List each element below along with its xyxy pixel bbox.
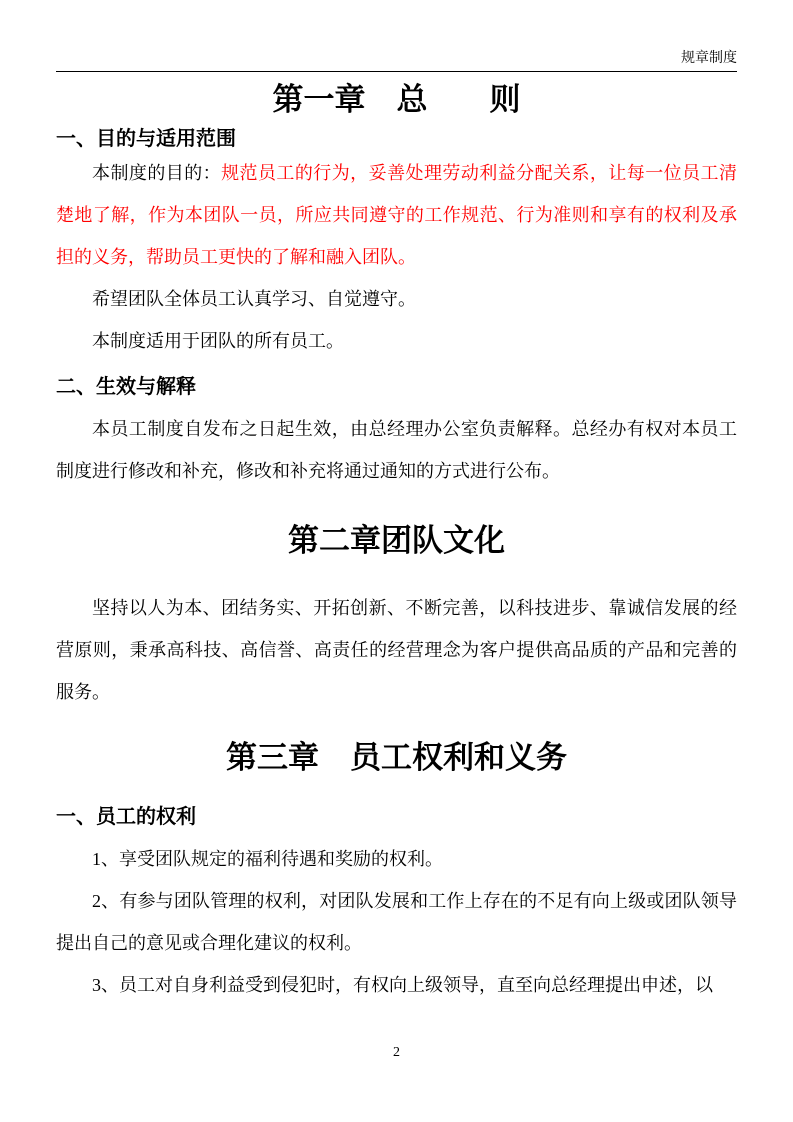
section-heading-employee-rights: 一、员工的权利 xyxy=(56,804,737,830)
para-effect: 本员工制度自发布之日起生效，由总经理办公室负责解释。总经办有权对本员工制度进行修… xyxy=(56,408,737,492)
para-hope: 希望团队全体员工认真学习、自觉遵守。 xyxy=(56,278,737,320)
page-header: 规章制度 xyxy=(56,50,737,72)
purpose-prefix-text: 本制度的目的： xyxy=(92,163,221,183)
para-applies: 本制度适用于团队的所有员工。 xyxy=(56,320,737,362)
section-heading-purpose-scope: 一、目的与适用范围 xyxy=(56,126,737,152)
chapter-3-title: 第三章 员工权利和义务 xyxy=(56,735,737,780)
para-purpose: 本制度的目的：规范员工的行为，妥善处理劳动利益分配关系，让每一位员工清楚地了解，… xyxy=(56,152,737,278)
para-culture: 坚持以人为本、团结务实、开拓创新、不断完善，以科技进步、靠诚信发展的经营原则，秉… xyxy=(56,587,737,713)
page-number: 2 xyxy=(393,1045,400,1060)
page-footer: 2 xyxy=(0,1044,793,1062)
rights-item-2: 2、有参与团队管理的权利，对团队发展和工作上存在的不足有向上级或团队领导提出自己… xyxy=(56,880,737,964)
section-heading-effect-interpretation: 二、生效与解释 xyxy=(56,374,737,400)
header-label: 规章制度 xyxy=(681,51,737,66)
chapter-1-title: 第一章 总 则 xyxy=(56,77,737,122)
document-page: 规章制度 第一章 总 则 一、目的与适用范围 本制度的目的：规范员工的行为，妥善… xyxy=(0,0,793,1122)
rights-item-1: 1、享受团队规定的福利待遇和奖励的权利。 xyxy=(56,838,737,880)
rights-item-3: 3、员工对自身利益受到侵犯时，有权向上级领导，直至向总经理提出申述，以 xyxy=(56,964,737,1006)
chapter-2-title: 第二章团队文化 xyxy=(56,518,737,563)
